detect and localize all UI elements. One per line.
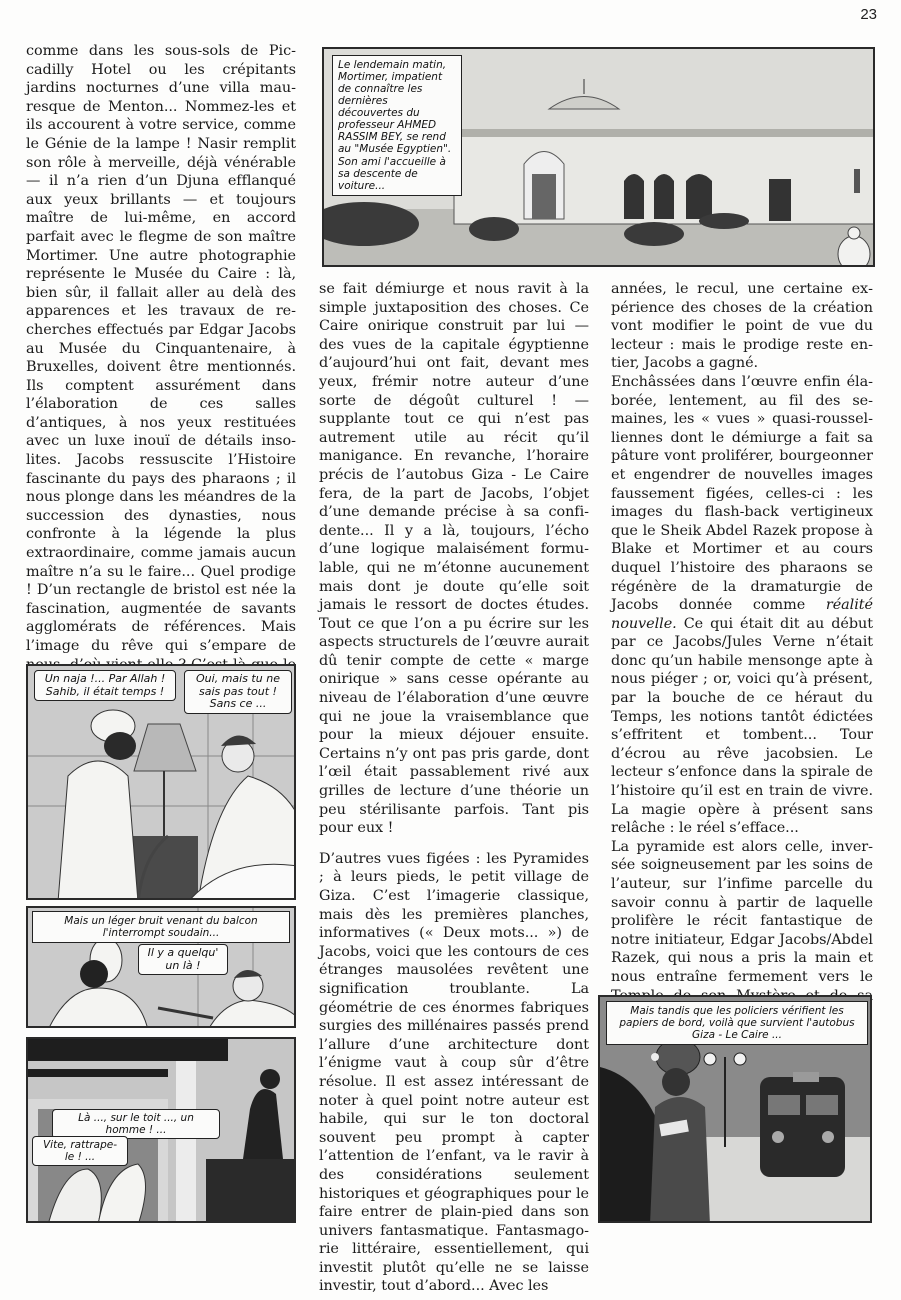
paragraph: se fait démiurge et nous ravit à la simp… — [319, 280, 589, 838]
comic-panel-museum: Le lendemain matin, Mortimer, impatient … — [322, 47, 875, 267]
comic-panel-rooftop: Là ..., sur le toit ..., un homme ! ... … — [26, 1037, 296, 1223]
panel-caption: Le lendemain matin, Mortimer, impatient … — [332, 55, 462, 196]
speech-bubble: Un naja !... Par Allah ! Sahib, il était… — [34, 670, 176, 701]
speech-bubble: Oui, mais tu ne sais pas tout ! Sans ce … — [184, 670, 292, 714]
article-column-3: années, le recul, une certaine ex­périen… — [611, 280, 873, 1042]
comic-panel-balcony: Mais un léger bruit venant du balcon l'i… — [26, 906, 296, 1028]
paragraph: Enchâssées dans l’œuvre enfin éla­borée,… — [611, 373, 873, 838]
panel-caption: Mais un léger bruit venant du balcon l'i… — [32, 911, 290, 943]
paragraph: D’autres vues figées : les Pyra­mides ; … — [319, 850, 589, 1296]
article-column-1: comme dans les sous-sols de Pic­cadilly … — [26, 42, 296, 693]
article-column-2: se fait démiurge et nous ravit à la simp… — [319, 280, 589, 1296]
speech-bubble: Il y a quelqu' un là ! — [138, 944, 228, 975]
panel-caption: Mais tandis que les policiers vérifient … — [606, 1001, 868, 1045]
comic-panel-bedroom: Un naja !... Par Allah ! Sahib, il était… — [26, 664, 296, 900]
speech-bubble: Vite, rattrape-le ! ... — [32, 1136, 128, 1166]
page-number: 23 — [860, 6, 877, 23]
comic-panel-bus: Mais tandis que les policiers vérifient … — [598, 995, 872, 1223]
speech-bubble: Là ..., sur le toit ..., un homme ! ... — [52, 1109, 220, 1139]
paragraph: comme dans les sous-sols de Pic­cadilly … — [26, 42, 296, 693]
paragraph: années, le recul, une certaine ex­périen… — [611, 280, 873, 373]
